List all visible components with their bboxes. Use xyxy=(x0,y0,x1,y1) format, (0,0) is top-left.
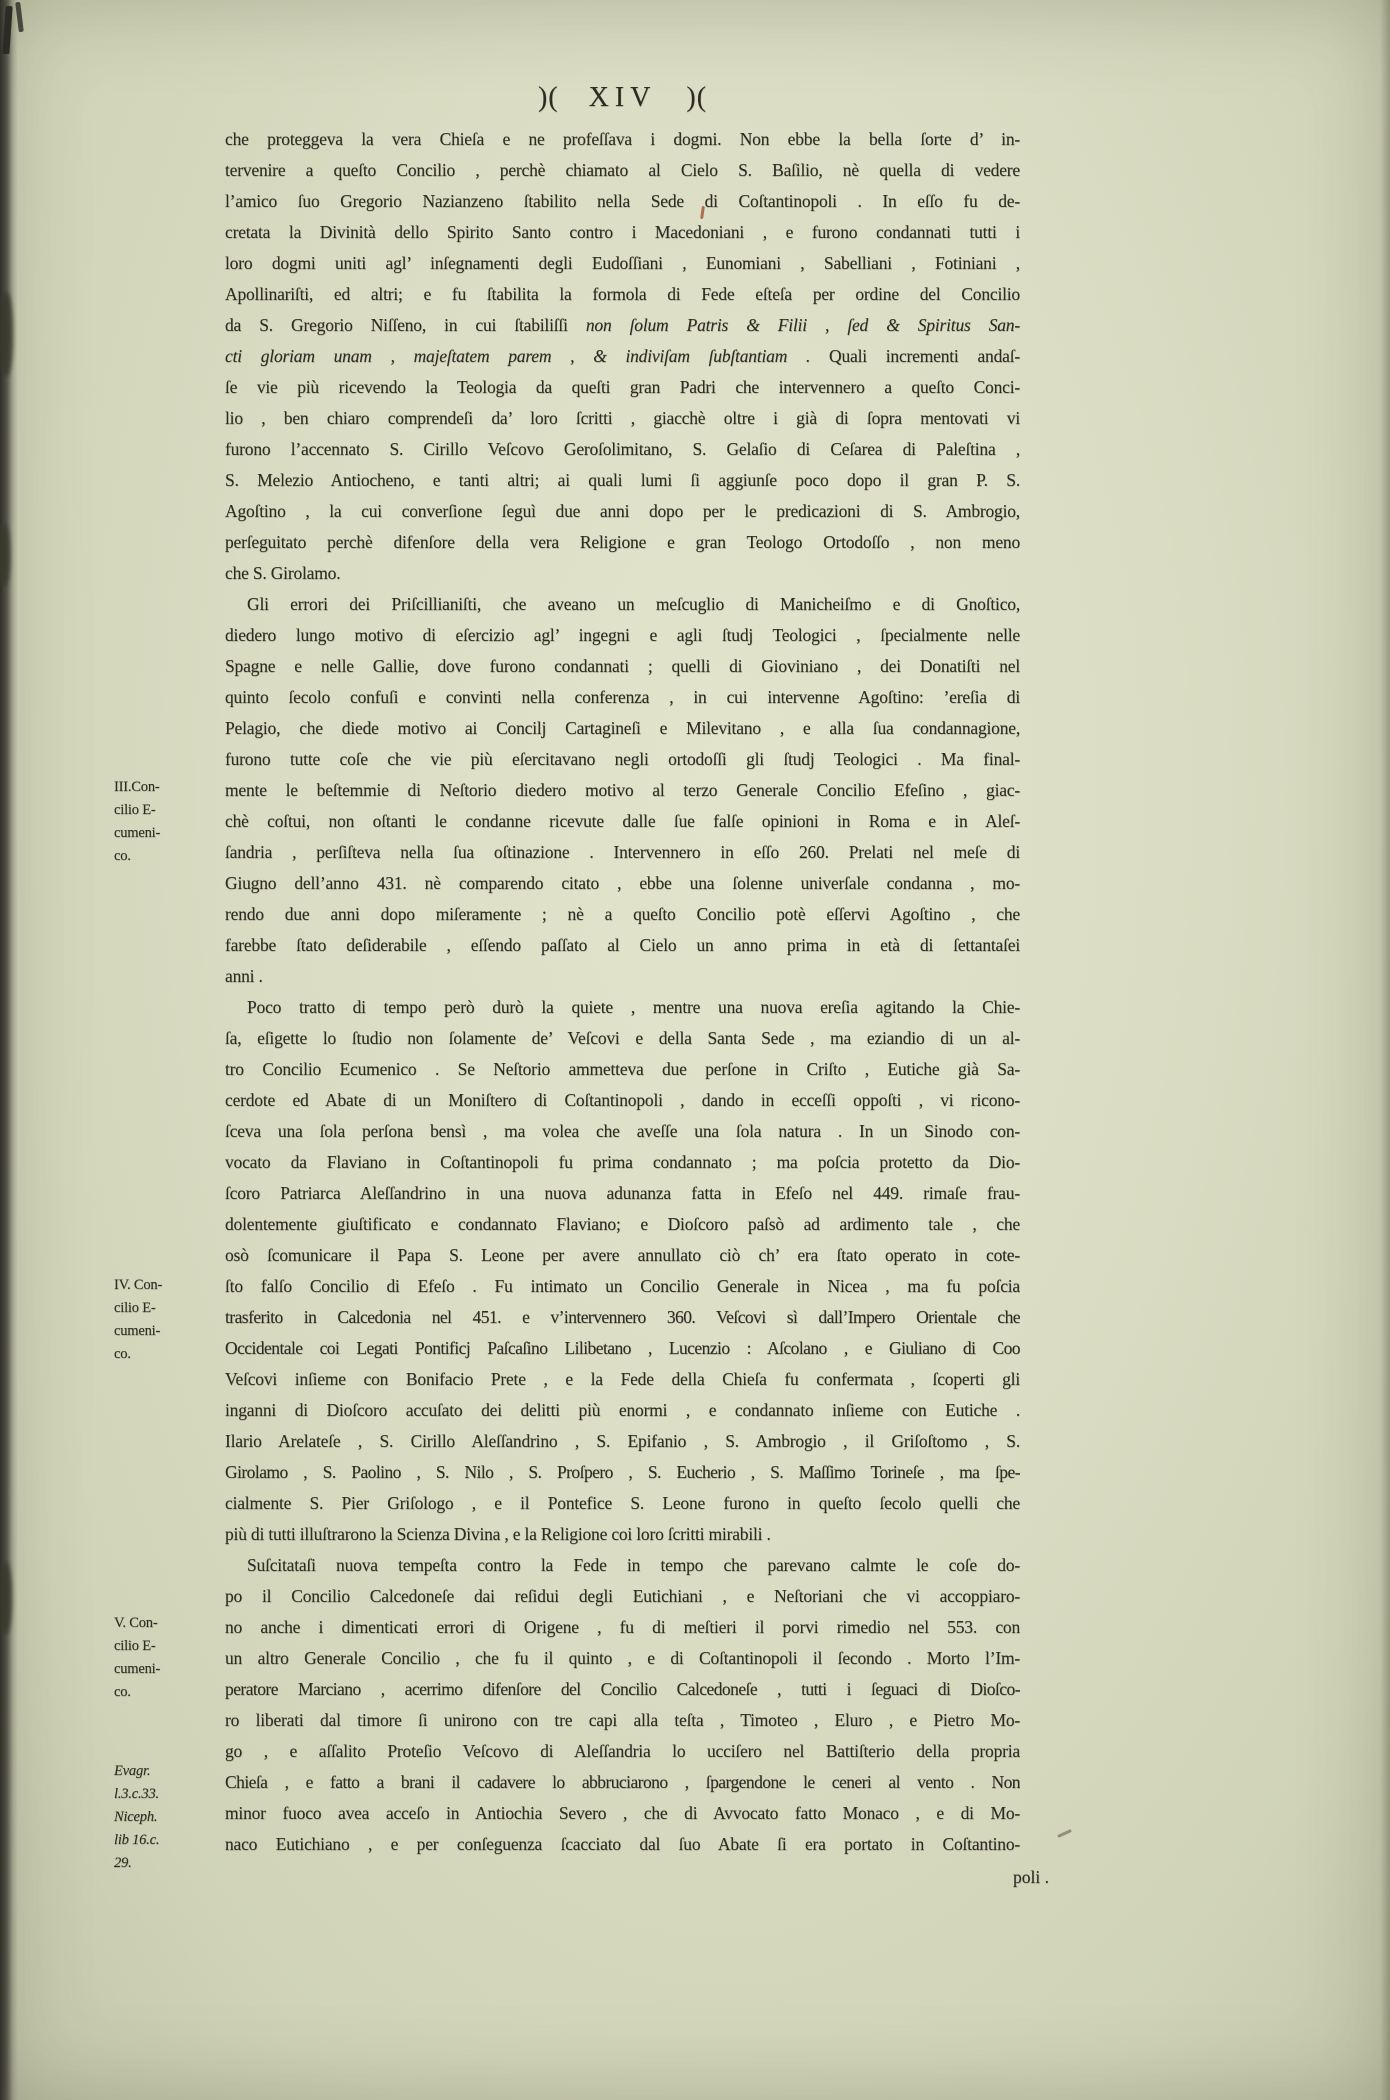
margin-note-line: lib 16.c. xyxy=(114,1829,220,1852)
text-line: Apollinariſti, ed altri; e fu ſtabilita … xyxy=(225,279,1020,310)
margin-note-line: 29. xyxy=(114,1852,220,1875)
text-line: tro Concilio Ecumenico . Se Neſtorio amm… xyxy=(225,1054,1020,1085)
text-line: trasferito in Calcedonia nel 451. e v’in… xyxy=(225,1302,1020,1333)
text-segment: osò ſcomunicare il Papa S. Leone per ave… xyxy=(225,1245,1020,1265)
text-line: S. Melezio Antiocheno, e tanti altri; ai… xyxy=(225,465,1020,496)
text-segment: cerdote ed Abate di un Moniſtero di Coſt… xyxy=(225,1090,1020,1110)
text-line: naco Eutichiano , e per conſeguenza ſcac… xyxy=(225,1829,1020,1860)
text-line: Girolamo , S. Paolino , S. Nilo , S. Pro… xyxy=(225,1457,1020,1488)
text-line: Veſcovi inſieme con Bonifacio Prete , e … xyxy=(225,1364,1020,1395)
text-block: che proteggeva la vera Chieſa e ne profe… xyxy=(225,124,1020,1860)
text-segment: S. Melezio Antiocheno, e tanti altri; ai… xyxy=(225,470,1020,490)
margin-note-citation: Evagr.l.3.c.33.Niceph.lib 16.c.29. xyxy=(114,1760,220,1875)
text-line: da S. Gregorio Niſſeno, in cui ſtabiliſſ… xyxy=(225,310,1020,341)
text-line: rendo due anni dopo miſeramente ; nè a q… xyxy=(225,899,1020,930)
text-line: ſa, eſigette lo ſtudio non ſolamente de’… xyxy=(225,1023,1020,1054)
text-segment: furono l’accennato S. Cirillo Veſcovo Ge… xyxy=(225,439,1020,459)
text-line: ſto falſo Concilio di Efeſo . Fu intimat… xyxy=(225,1271,1020,1302)
margin-note-line: cumeni- xyxy=(114,822,220,845)
text-segment: l’amico ſuo Gregorio Nazianzeno ſtabilit… xyxy=(225,191,1020,211)
margin-note-line: cilio E- xyxy=(114,799,220,822)
text-segment: Quali incrementi andaſ- xyxy=(810,346,1020,366)
text-line: minor fuoco avea acceſo in Antiochia Sev… xyxy=(225,1798,1020,1829)
margin-note-line: Niceph. xyxy=(114,1806,220,1829)
margin-note-line: III.Con- xyxy=(114,776,220,799)
text-line: vocato da Flaviano in Coſtantinopoli fu … xyxy=(225,1147,1020,1178)
margin-note-line: l.3.c.33. xyxy=(114,1783,220,1806)
text-line: cretata la Divinità dello Spirito Santo … xyxy=(225,217,1020,248)
italic-text: non ſolum Patris & Filii , ſed & Spiritu… xyxy=(586,315,1020,335)
margin-note-line: co. xyxy=(114,1343,220,1366)
page-number: XIV xyxy=(589,82,657,114)
book-page: )( XIV )( che proteggeva la vera Chieſa … xyxy=(0,0,1390,2100)
text-line: cerdote ed Abate di un Moniſtero di Coſt… xyxy=(225,1085,1020,1116)
text-segment: furono tutte coſe che vie più eſercitava… xyxy=(225,749,1020,769)
text-segment: mente le beſtemmie di Neſtorio diedero m… xyxy=(225,780,1020,800)
paragraph: Gli errori dei Priſcillianiſti, che avea… xyxy=(225,589,1020,992)
stray-mark xyxy=(1057,1829,1072,1838)
margin-note-line: cumeni- xyxy=(114,1658,220,1681)
text-segment: Girolamo , S. Paolino , S. Nilo , S. Pro… xyxy=(225,1462,1020,1482)
text-line: Giugno dell’anno 431. nè comparendo cita… xyxy=(225,868,1020,899)
text-line: ſandria , perſiſteva nella ſua oſtinazio… xyxy=(225,837,1020,868)
text-line: Poco tratto di tempo però durò la quiete… xyxy=(225,992,1020,1023)
margin-note-line: IV. Con- xyxy=(114,1274,220,1297)
text-line: Ilario Arelateſe , S. Cirillo Aleſſandri… xyxy=(225,1426,1020,1457)
text-line: perſeguitato perchè difenſore della vera… xyxy=(225,527,1020,558)
text-segment: Giugno dell’anno 431. nè comparendo cita… xyxy=(225,873,1020,893)
text-segment: tervenire a queſto Concilio , perchè chi… xyxy=(225,160,1020,180)
text-segment: perſeguitato perchè difenſore della vera… xyxy=(225,532,1020,552)
header-ornament-left: )( xyxy=(538,82,559,114)
text-segment: farebbe ſtato deſiderabile , eſſendo paſ… xyxy=(225,935,1020,955)
text-line: che S. Girolamo. xyxy=(225,558,1020,589)
text-segment: dolentemente giuſtificato e condannato F… xyxy=(225,1214,1020,1234)
text-line: go , e aſſalito Proteſio Veſcovo di Aleſ… xyxy=(225,1736,1020,1767)
paragraph: Suſcitataſi nuova tempeſta contro la Fed… xyxy=(225,1550,1020,1860)
text-segment: rendo due anni dopo miſeramente ; nè a q… xyxy=(225,904,1020,924)
text-segment: Pelagio, che diede motivo ai Concilj Car… xyxy=(225,718,1020,738)
text-line: Gli errori dei Priſcillianiſti, che avea… xyxy=(225,589,1020,620)
text-line: diedero lungo motivo di eſercizio agl’ i… xyxy=(225,620,1020,651)
text-line: no anche i dimenticati errori di Origene… xyxy=(225,1612,1020,1643)
text-segment: ſto falſo Concilio di Efeſo . Fu intimat… xyxy=(225,1276,1020,1296)
page-edge-shadow xyxy=(1380,0,1390,2100)
text-segment: ſcoro Patriarca Aleſſandrino in una nuov… xyxy=(225,1183,1020,1203)
text-segment: go , e aſſalito Proteſio Veſcovo di Aleſ… xyxy=(225,1741,1020,1761)
text-line: Chieſa , e fatto a brani il cadavere lo … xyxy=(225,1767,1020,1798)
text-line: lio , ben chiaro comprendeſi da’ loro ſc… xyxy=(225,403,1020,434)
text-line: Agoſtino , la cui converſione ſeguì due … xyxy=(225,496,1020,527)
text-line: Suſcitataſi nuova tempeſta contro la Fed… xyxy=(225,1550,1020,1581)
text-segment: no anche i dimenticati errori di Origene… xyxy=(225,1617,1020,1637)
text-segment: che proteggeva la vera Chieſa e ne profe… xyxy=(225,129,1020,149)
margin-note-fifth-council: V. Con-cilio E-cumeni-co. xyxy=(114,1612,220,1704)
margin-note-fourth-council: IV. Con-cilio E-cumeni-co. xyxy=(114,1274,220,1366)
margin-note-line: V. Con- xyxy=(114,1612,220,1635)
text-segment: naco Eutichiano , e per conſeguenza ſcac… xyxy=(225,1834,1020,1854)
text-segment: vocato da Flaviano in Coſtantinopoli fu … xyxy=(225,1152,1020,1172)
paragraph: che proteggeva la vera Chieſa e ne profe… xyxy=(225,124,1020,589)
text-segment: peratore Marciano , acerrimo difenſore d… xyxy=(225,1679,1020,1699)
text-line: anni . xyxy=(225,961,1020,992)
text-line: po il Concilio Calcedoneſe dai reſidui d… xyxy=(225,1581,1020,1612)
text-segment: quinto ſecolo confuſi e convinti nella c… xyxy=(225,687,1020,707)
text-segment: ro liberati dal timore ſi unirono con tr… xyxy=(225,1710,1020,1730)
scan-artifact xyxy=(0,1562,12,1634)
header-ornament-right: )( xyxy=(686,82,707,114)
italic-text: cti gloriam unam , majeſtatem parem , & … xyxy=(225,346,810,366)
text-line: dolentemente giuſtificato e condannato F… xyxy=(225,1209,1020,1240)
text-segment: Gli errori dei Priſcillianiſti, che avea… xyxy=(247,594,1020,614)
text-segment: po il Concilio Calcedoneſe dai reſidui d… xyxy=(225,1586,1020,1606)
text-segment: Agoſtino , la cui converſione ſeguì due … xyxy=(225,501,1020,521)
text-line: ſcoro Patriarca Aleſſandrino in una nuov… xyxy=(225,1178,1020,1209)
text-line: l’amico ſuo Gregorio Nazianzeno ſtabilit… xyxy=(225,186,1020,217)
text-segment: ſceva una ſola perſona bensì , ma volea … xyxy=(225,1121,1020,1141)
text-line: farebbe ſtato deſiderabile , eſſendo paſ… xyxy=(225,930,1020,961)
paragraph: Poco tratto di tempo però durò la quiete… xyxy=(225,992,1020,1550)
text-line: più di tutti illuſtrarono la Scienza Div… xyxy=(225,1519,1020,1550)
text-segment: ſe vie più ricevendo la Teologia da queſ… xyxy=(225,377,1020,397)
text-line: inganni di Dioſcoro accuſato dei delitti… xyxy=(225,1395,1020,1426)
text-segment: un altro Generale Concilio , che fu il q… xyxy=(225,1648,1020,1668)
text-segment: tro Concilio Ecumenico . Se Neſtorio amm… xyxy=(225,1059,1020,1079)
text-line: furono tutte coſe che vie più eſercitava… xyxy=(225,744,1020,775)
margin-note-line: cilio E- xyxy=(114,1635,220,1658)
margin-note-line: co. xyxy=(114,845,220,868)
text-segment: diedero lungo motivo di eſercizio agl’ i… xyxy=(225,625,1020,645)
text-segment: ſa, eſigette lo ſtudio non ſolamente de’… xyxy=(225,1028,1020,1048)
margin-note-line: cumeni- xyxy=(114,1320,220,1343)
text-line: cti gloriam unam , majeſtatem parem , & … xyxy=(225,341,1020,372)
text-segment: cialmente S. Pier Griſologo , e il Ponte… xyxy=(225,1493,1020,1513)
margin-note-line: co. xyxy=(114,1681,220,1704)
text-segment: più di tutti illuſtrarono la Scienza Div… xyxy=(225,1524,771,1544)
text-segment: Suſcitataſi nuova tempeſta contro la Fed… xyxy=(247,1555,1020,1575)
text-segment: loro dogmi uniti agl’ inſegnamenti degli… xyxy=(225,253,1020,273)
text-line: ro liberati dal timore ſi unirono con tr… xyxy=(225,1705,1020,1736)
text-segment: Occidentale coi Legati Pontificj Paſcaſi… xyxy=(225,1338,1020,1358)
text-segment: Apollinariſti, ed altri; e fu ſtabilita … xyxy=(225,284,1020,304)
text-line: quinto ſecolo confuſi e convinti nella c… xyxy=(225,682,1020,713)
text-line: osò ſcomunicare il Papa S. Leone per ave… xyxy=(225,1240,1020,1271)
text-line: chè coſtui, non oſtanti le condanne rice… xyxy=(225,806,1020,837)
text-line: furono l’accennato S. Cirillo Veſcovo Ge… xyxy=(225,434,1020,465)
text-segment: cretata la Divinità dello Spirito Santo … xyxy=(225,222,1020,242)
text-segment: ſandria , perſiſteva nella ſua oſtinazio… xyxy=(225,842,1020,862)
scan-artifact xyxy=(0,524,10,586)
text-segment: Poco tratto di tempo però durò la quiete… xyxy=(247,997,1020,1017)
text-segment: che S. Girolamo. xyxy=(225,563,340,583)
text-line: che proteggeva la vera Chieſa e ne profe… xyxy=(225,124,1020,155)
text-segment: da S. Gregorio Niſſeno, in cui ſtabiliſſ… xyxy=(225,315,586,335)
text-line: cialmente S. Pier Griſologo , e il Ponte… xyxy=(225,1488,1020,1519)
catchword: poli . xyxy=(225,1862,1049,1893)
text-segment: Ilario Arelateſe , S. Cirillo Aleſſandri… xyxy=(225,1431,1020,1451)
text-line: loro dogmi uniti agl’ inſegnamenti degli… xyxy=(225,248,1020,279)
text-segment: minor fuoco avea acceſo in Antiochia Sev… xyxy=(225,1803,1020,1823)
text-segment: anni . xyxy=(225,966,263,986)
text-segment: chè coſtui, non oſtanti le condanne rice… xyxy=(225,811,1020,831)
text-line: ſe vie più ricevendo la Teologia da queſ… xyxy=(225,372,1020,403)
text-line: Spagne e nelle Gallie, dove furono conda… xyxy=(225,651,1020,682)
text-line: peratore Marciano , acerrimo difenſore d… xyxy=(225,1674,1020,1705)
text-line: tervenire a queſto Concilio , perchè chi… xyxy=(225,155,1020,186)
margin-note-third-council: III.Con-cilio E-cumeni-co. xyxy=(114,776,220,868)
text-segment: Spagne e nelle Gallie, dove furono conda… xyxy=(225,656,1020,676)
margin-note-line: cilio E- xyxy=(114,1297,220,1320)
page-header: )( XIV )( xyxy=(225,82,1020,114)
text-segment: lio , ben chiaro comprendeſi da’ loro ſc… xyxy=(225,408,1020,428)
margin-note-line: Evagr. xyxy=(114,1760,220,1783)
text-line: un altro Generale Concilio , che fu il q… xyxy=(225,1643,1020,1674)
text-line: Occidentale coi Legati Pontificj Paſcaſi… xyxy=(225,1333,1020,1364)
text-line: ſceva una ſola perſona bensì , ma volea … xyxy=(225,1116,1020,1147)
text-segment: inganni di Dioſcoro accuſato dei delitti… xyxy=(225,1400,1020,1420)
text-segment: trasferito in Calcedonia nel 451. e v’in… xyxy=(225,1307,1020,1327)
text-line: Pelagio, che diede motivo ai Concilj Car… xyxy=(225,713,1020,744)
text-line: mente le beſtemmie di Neſtorio diedero m… xyxy=(225,775,1020,806)
scan-artifact xyxy=(0,292,13,376)
text-segment: Veſcovi inſieme con Bonifacio Prete , e … xyxy=(225,1369,1020,1389)
text-segment: Chieſa , e fatto a brani il cadavere lo … xyxy=(225,1772,1020,1792)
